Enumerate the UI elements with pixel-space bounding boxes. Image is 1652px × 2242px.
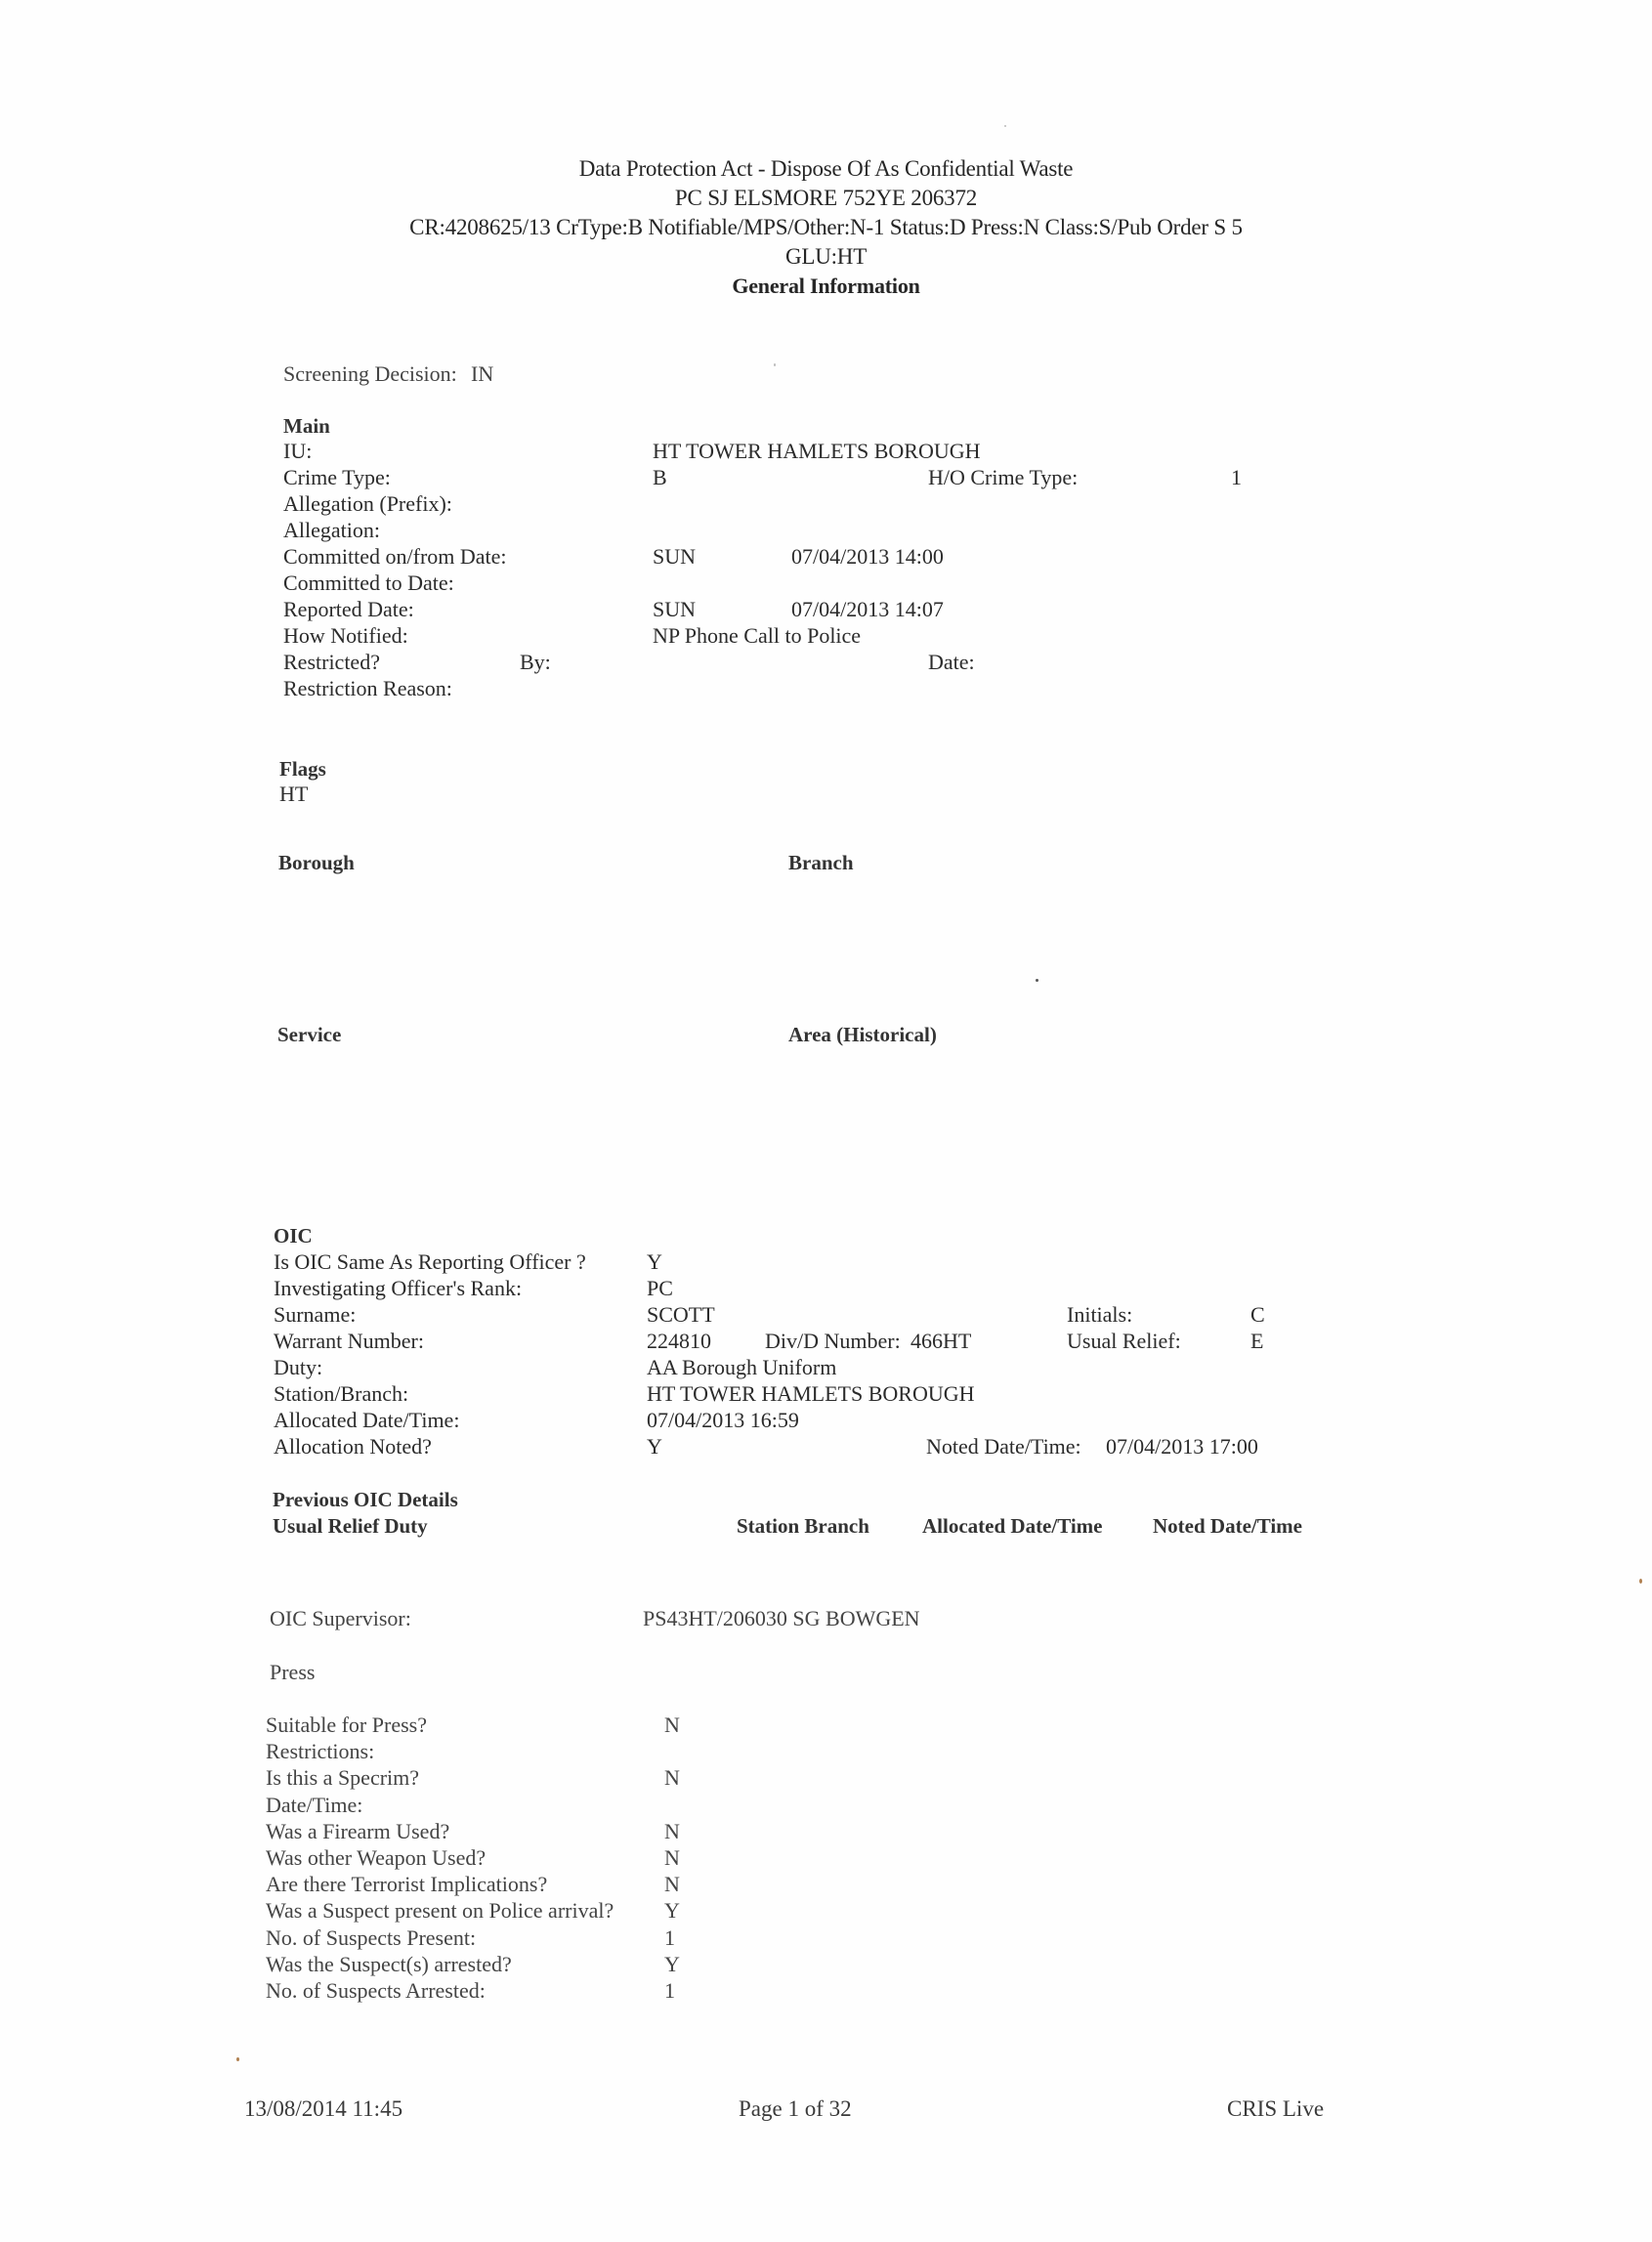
scan-speck (236, 2057, 239, 2061)
warrant-number-label: Warrant Number: (274, 1329, 424, 1354)
crime-type-value: B (653, 465, 667, 490)
duty-label: Duty: (274, 1355, 322, 1380)
oic-supervisor-value: PS43HT/206030 SG BOWGEN (643, 1606, 920, 1631)
scan-speck (1036, 979, 1038, 982)
press-row-value: N (664, 1765, 680, 1791)
press-row-value: 1 (664, 1978, 675, 2004)
committed-to-label: Committed to Date: (283, 571, 454, 596)
press-row-value: Y (664, 1898, 680, 1924)
main-heading: Main (283, 413, 330, 439)
crime-reference-line: CR:4208625/13 CrType:B Notifiable/MPS/Ot… (0, 213, 1652, 242)
restricted-date-label: Date: (928, 650, 975, 675)
surname-value: SCOTT (647, 1302, 715, 1328)
press-row-value: N (664, 1845, 680, 1871)
usual-relief-value: E (1250, 1329, 1263, 1354)
scan-speck (774, 363, 776, 366)
how-notified-label: How Notified: (283, 623, 408, 649)
oic-supervisor-label: OIC Supervisor: (270, 1606, 411, 1631)
surname-label: Surname: (274, 1302, 356, 1328)
press-row-value: N (664, 1819, 680, 1844)
committed-from-day: SUN (653, 544, 696, 570)
oic-same-label: Is OIC Same As Reporting Officer ? (274, 1249, 586, 1275)
usual-relief-label: Usual Relief: (1067, 1329, 1181, 1354)
press-row-value: 1 (664, 1925, 675, 1951)
borough-heading: Borough (278, 850, 355, 875)
footer-system-name: CRIS Live (1227, 2096, 1324, 2122)
allocated-datetime-value: 07/04/2013 16:59 (647, 1408, 799, 1433)
press-row-value: N (664, 1713, 680, 1738)
previous-oic-col-relief-duty: Usual Relief Duty (273, 1513, 428, 1539)
allocated-datetime-label: Allocated Date/Time: (274, 1408, 459, 1433)
restricted-by-label: By: (520, 650, 551, 675)
allocation-noted-value: Y (647, 1434, 662, 1459)
branch-heading: Branch (788, 850, 854, 875)
reported-date-value: 07/04/2013 14:07 (791, 597, 944, 622)
rank-value: PC (647, 1276, 673, 1301)
restricted-label: Restricted? (283, 650, 380, 675)
station-branch-value: HT TOWER HAMLETS BOROUGH (647, 1381, 975, 1407)
press-heading: Press (270, 1660, 315, 1685)
press-row-value: Y (664, 1952, 680, 1977)
ho-crime-type-label: H/O Crime Type: (928, 465, 1078, 490)
previous-oic-heading: Previous OIC Details (273, 1487, 458, 1512)
confidential-notice: Data Protection Act - Dispose Of As Conf… (0, 154, 1652, 184)
noted-datetime-label: Noted Date/Time: (926, 1434, 1081, 1459)
screening-decision-label: Screening Decision: (283, 361, 457, 387)
press-row-label: No. of Suspects Present: (266, 1925, 476, 1951)
noted-datetime-value: 07/04/2013 17:00 (1106, 1434, 1258, 1459)
rank-label: Investigating Officer's Rank: (274, 1276, 522, 1301)
scan-speck (1639, 1579, 1642, 1584)
screening-decision-value: IN (471, 361, 493, 387)
divd-number-value: 466HT (911, 1329, 971, 1354)
iu-label: IU: (283, 439, 312, 464)
ho-crime-type-value: 1 (1231, 465, 1242, 490)
committed-from-label: Committed on/from Date: (283, 544, 507, 570)
service-heading: Service (277, 1022, 341, 1047)
oic-heading: OIC (274, 1223, 313, 1248)
allocation-noted-label: Allocation Noted? (274, 1434, 432, 1459)
warrant-number-value: 224810 (647, 1329, 711, 1354)
press-row-label: No. of Suspects Arrested: (266, 1978, 486, 2004)
press-row-label: Was a Suspect present on Police arrival? (266, 1898, 614, 1924)
press-row-label: Restrictions: (266, 1739, 374, 1764)
reported-day: SUN (653, 597, 696, 622)
area-historical-heading: Area (Historical) (788, 1022, 937, 1047)
allegation-prefix-label: Allegation (Prefix): (283, 491, 452, 517)
flags-value: HT (279, 782, 308, 807)
initials-label: Initials: (1067, 1302, 1132, 1328)
previous-oic-col-allocated: Allocated Date/Time (922, 1513, 1103, 1539)
press-row-label: Are there Terrorist Implications? (266, 1872, 547, 1897)
restriction-reason-label: Restriction Reason: (283, 676, 452, 701)
divd-number-label: Div/D Number: (765, 1329, 901, 1354)
allegation-label: Allegation: (283, 518, 380, 543)
scan-speck (1004, 125, 1006, 127)
how-notified-value: NP Phone Call to Police (653, 623, 861, 649)
page-title: General Information (0, 272, 1652, 301)
flags-heading: Flags (279, 756, 326, 782)
duty-value: AA Borough Uniform (647, 1355, 836, 1380)
footer-page-number: Page 1 of 32 (739, 2096, 852, 2122)
press-row-label: Was the Suspect(s) arrested? (266, 1952, 512, 1977)
press-row-value: N (664, 1872, 680, 1897)
press-row-label: Is this a Specrim? (266, 1765, 419, 1791)
initials-value: C (1250, 1302, 1265, 1328)
crime-type-label: Crime Type: (283, 465, 391, 490)
scanned-document-page: Data Protection Act - Dispose Of As Conf… (0, 0, 1652, 2242)
oic-same-value: Y (647, 1249, 662, 1275)
press-row-label: Was other Weapon Used? (266, 1845, 486, 1871)
press-row-label: Was a Firearm Used? (266, 1819, 449, 1844)
press-row-label: Suitable for Press? (266, 1713, 427, 1738)
footer-print-timestamp: 13/08/2014 11:45 (244, 2096, 402, 2122)
previous-oic-col-noted: Noted Date/Time (1153, 1513, 1302, 1539)
previous-oic-col-station-branch: Station Branch (737, 1513, 869, 1539)
reported-date-label: Reported Date: (283, 597, 414, 622)
iu-value: HT TOWER HAMLETS BOROUGH (653, 439, 981, 464)
press-row-label: Date/Time: (266, 1793, 362, 1818)
officer-line: PC SJ ELSMORE 752YE 206372 (0, 184, 1652, 213)
station-branch-label: Station/Branch: (274, 1381, 408, 1407)
committed-from-value: 07/04/2013 14:00 (791, 544, 944, 570)
glu-line: GLU:HT (0, 242, 1652, 272)
